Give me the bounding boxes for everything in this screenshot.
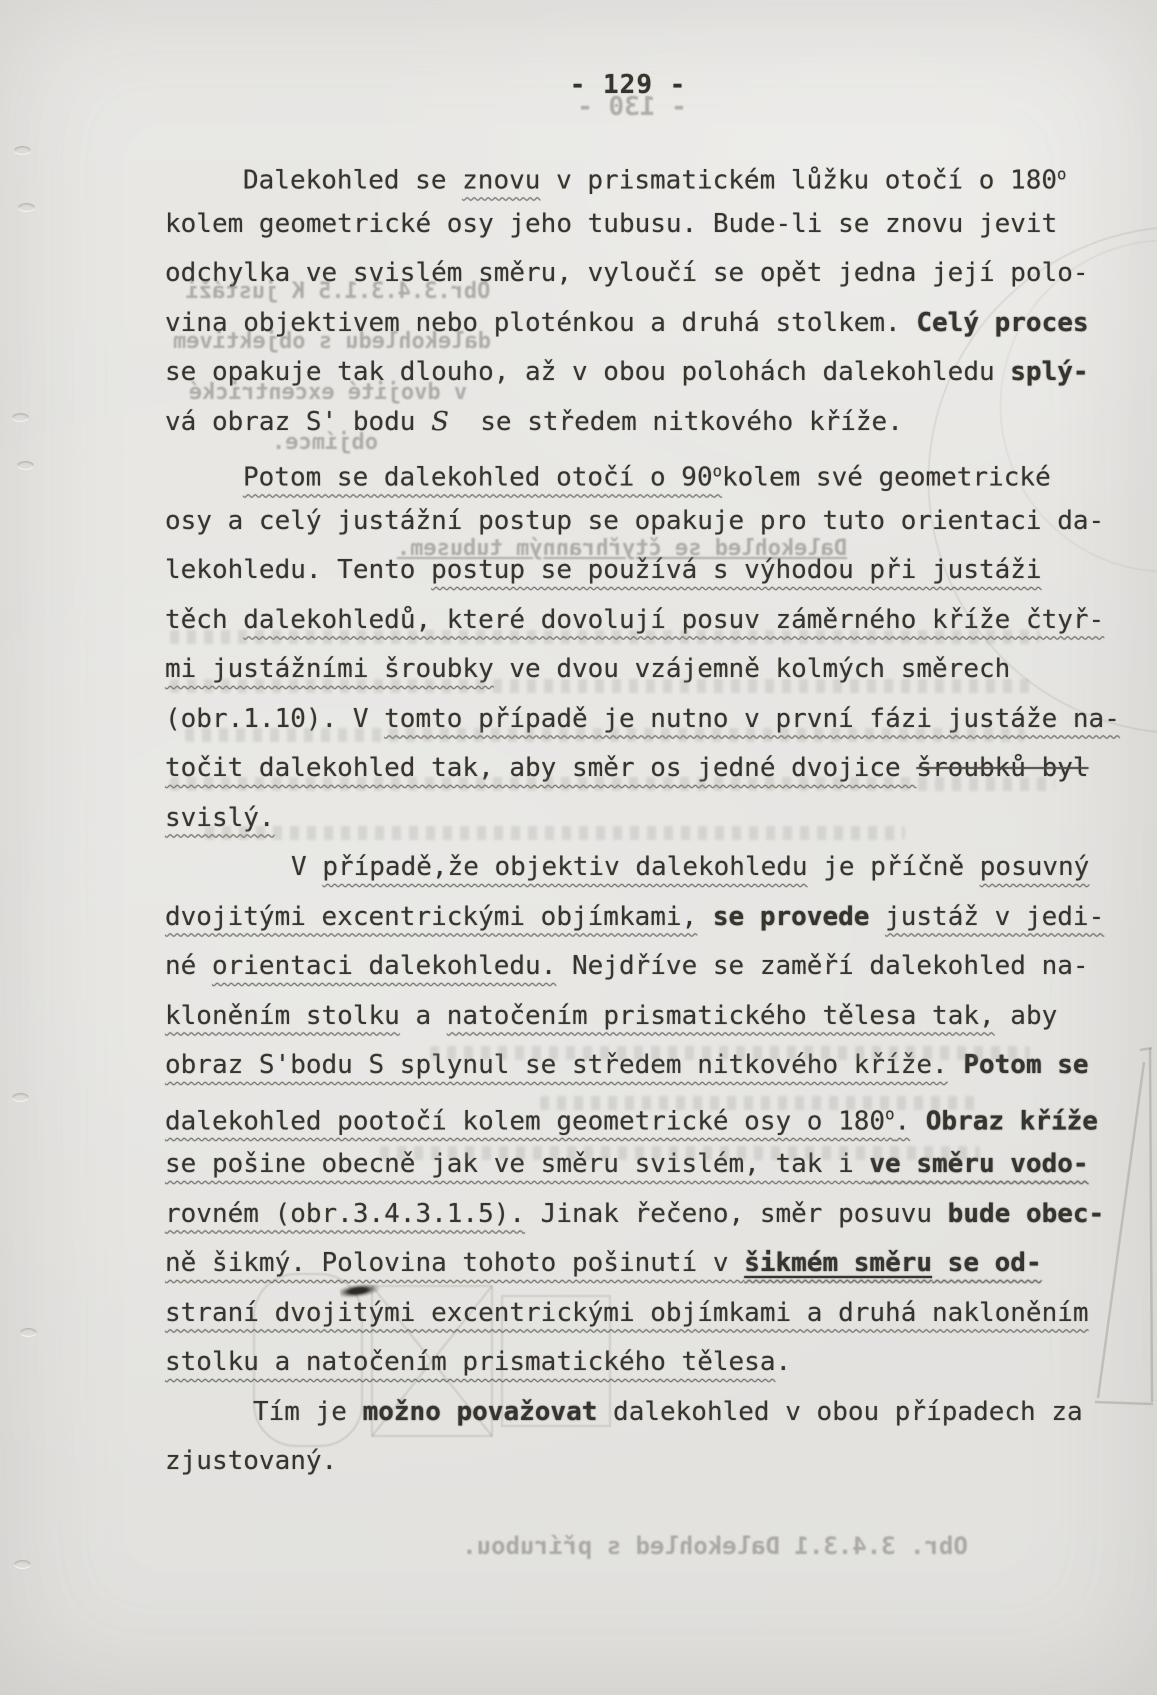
pencil-underlined-text: straní dvojitými excentrickými objímkami… (165, 1298, 1089, 1328)
typed-text: splý- (1010, 357, 1088, 387)
ghost-mirrored-text: objímce. (272, 432, 378, 454)
typed-text (869, 902, 885, 932)
binder-mark (18, 203, 35, 212)
text-line: kloněním stolku a natočením prismatickéh… (165, 992, 1140, 1042)
typed-text: Obraz kříže (926, 1106, 1098, 1136)
typed-text: Nejdříve se zaměří dalekohled na- (556, 951, 1088, 981)
ghost-mirrored-text: v dvojité excentrické (189, 382, 467, 404)
text-line: Dalekohled se znovu v prismatickém lůžku… (165, 150, 1140, 200)
text-line: rovném (obr.3.4.3.1.5). Jinak řečeno, sm… (165, 1190, 1140, 1240)
ghost-text-smudge (205, 826, 905, 840)
typed-text: se provede (713, 902, 870, 932)
ghost-text-smudge (170, 679, 1030, 693)
text-line: kolem geometrické osy jeho tubusu. Bude-… (165, 200, 1140, 250)
pencil-underlined-text: . (894, 1106, 910, 1136)
typed-text: Jinak řečeno, směr posuvu (525, 1199, 948, 1229)
pencil-underlined-text: dalekohled pootočí kolem geometrické osy… (165, 1106, 885, 1136)
typed-text: se středem nitkového kříže. (449, 407, 903, 437)
typed-text: a (400, 1001, 447, 1031)
binder-mark (14, 1560, 31, 1569)
pencil-underlined-text: Potom se dalekohled otočí o 90 (243, 463, 713, 493)
pencil-underlined-text: ně šikmý. Polovina tohoto pošinutí v (165, 1248, 744, 1278)
ghost-mirrored-text: Obr. 3.4.3.1 Dalekohled s přírubou. (462, 1534, 968, 1558)
pencil-underlined-text: o (713, 463, 722, 493)
scanned-page: { "page": { "number": "- 129 -" }, "colo… (0, 0, 1157, 1695)
ghost-mirrored-text: Dalekohled se čtyřhranným tubusem. (397, 538, 847, 560)
typed-text: lekohledu. Tento (165, 555, 431, 585)
ghost-text-smudge (170, 630, 1040, 644)
ghost-text-smudge (185, 728, 1025, 742)
pencil-underlined-text: šikmém směru (744, 1248, 932, 1278)
typed-text (697, 902, 713, 932)
typed-text: Celý proces (916, 308, 1088, 338)
binder-mark (20, 1328, 37, 1337)
typed-text: bude obec- (948, 1199, 1105, 1229)
typed-text: kolem své geometrické (722, 463, 1051, 493)
ghost-mirrored-text: - 130 - (577, 94, 687, 120)
text-line: né orientaci dalekohledu. Nejdříve se za… (165, 942, 1140, 992)
text-line: ně šikmý. Polovina tohoto pošinutí v šik… (165, 1239, 1140, 1289)
pencil-underlined-text: posuvný (980, 852, 1090, 882)
pencil-underlined-text: justáž v jedi- (885, 902, 1104, 932)
text-line: dvojitými excentrickými objímkami, se pr… (165, 893, 1140, 943)
typed-text: . (775, 1347, 791, 1377)
ghost-text-smudge (170, 777, 1055, 791)
pencil-underlined-text: dvojitými excentrickými objímkami, (165, 902, 697, 932)
binder-mark (17, 461, 34, 470)
typed-text: Dalekohled se (243, 166, 462, 196)
pencil-underlined-text: rovném (obr.3.4.3.1.5). (165, 1199, 525, 1229)
typed-text: zjustovaný. (165, 1446, 337, 1476)
ghost-mirrored-text: Obr.3.4.3.1.5 K justáži (186, 281, 491, 303)
pencil-underlined-text: případě,že objektiv dalekohledu (322, 852, 807, 882)
pencil-underlined-text: natočením prismatického tělesa tak, (447, 1001, 995, 1031)
pencil-underlined-text: stolku a natočením prismatického tělesa (165, 1347, 775, 1377)
text-line: straní dvojitými excentrickými objímkami… (165, 1289, 1140, 1339)
typed-text (910, 1106, 926, 1136)
typed-text: osy a celý justážní postup se opakuje pr… (165, 506, 1104, 536)
ghost-text-smudge (540, 1096, 980, 1110)
typed-text: aby (995, 1001, 1058, 1031)
text-line: V případě,že objektiv dalekohledu je pří… (165, 843, 1140, 893)
text-line: Tím je možno považovat dalekohled v obou… (165, 1388, 1140, 1438)
text-line: stolku a natočením prismatického tělesa. (165, 1338, 1140, 1388)
typed-text: V (291, 852, 322, 882)
ghost-text-smudge (430, 1046, 1030, 1060)
ghost-mirrored-text: dalekohledu s objektivem (173, 331, 491, 353)
text-line: zjustovaný. (165, 1437, 1140, 1487)
binder-mark (12, 1093, 29, 1102)
typed-text: kolem geometrické osy jeho tubusu. Bude-… (165, 209, 1057, 239)
pencil-underlined-text: znovu (462, 166, 540, 196)
pencil-underlined-text: kloněním stolku (165, 1001, 400, 1031)
pencil-underlined-text: se od- (932, 1248, 1042, 1278)
typed-text: v prismatickém lůžku otočí o 180 (540, 166, 1057, 196)
pencil-underlined-text: orientaci dalekohledu. (212, 951, 556, 981)
binder-mark (14, 146, 31, 155)
typed-text: S (431, 407, 449, 437)
typed-text: možno považovat (363, 1397, 598, 1427)
typed-text: o (1057, 166, 1066, 196)
typed-text: je příčně (808, 852, 980, 882)
binder-mark (12, 413, 29, 422)
typed-text: né (165, 951, 212, 981)
typed-text: dalekohled v obou případech za (597, 1397, 1082, 1427)
typed-text: Tím je (253, 1397, 363, 1427)
ghost-text-smudge (380, 1146, 980, 1160)
